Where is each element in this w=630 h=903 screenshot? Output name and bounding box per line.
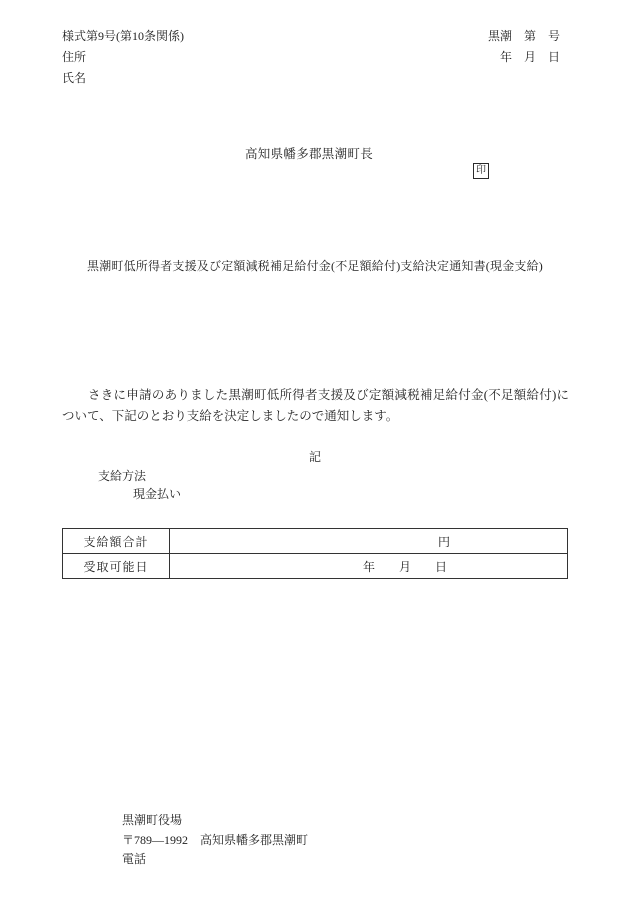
sender-mayor-title: 高知県幡多郡黒潮町長	[245, 144, 373, 162]
document-number: 黒潮 第 号	[488, 26, 560, 47]
seal-mark: 印	[473, 163, 489, 179]
header-left-block: 様式第9号(第10条関係) 住所 氏名	[62, 26, 184, 89]
footer-block: 黒潮町役場 〒789―1992 高知県幡多郡黒潮町 電話	[122, 811, 308, 870]
footer-postal-address: 〒789―1992 高知県幡多郡黒潮町	[122, 831, 308, 851]
table-row: 支給額合計 円	[63, 529, 568, 554]
body-paragraph: さきに申請のありました黒潮町低所得者支援及び定額減税補足給付金(不足額給付)につ…	[62, 385, 569, 426]
receipt-date-label: 受取可能日	[63, 554, 170, 579]
footer-office-name: 黒潮町役場	[122, 811, 308, 831]
document-title: 黒潮町低所得者支援及び定額減税補足給付金(不足額給付)支給決定通知書(現金支給)	[0, 257, 630, 274]
footer-phone-label: 電話	[122, 850, 308, 870]
payment-method-label: 支給方法	[98, 467, 146, 484]
payment-method-value: 現金払い	[133, 485, 181, 502]
header-right-block: 黒潮 第 号 年 月 日	[488, 26, 560, 68]
document-date: 年 月 日	[488, 47, 560, 68]
recipient-name-label: 氏名	[62, 68, 184, 89]
recipient-address-label: 住所	[62, 47, 184, 68]
payment-table: 支給額合計 円 受取可能日 年 月 日	[62, 528, 568, 579]
form-number: 様式第9号(第10条関係)	[62, 26, 184, 47]
amount-total-value: 円	[170, 529, 568, 554]
amount-total-label: 支給額合計	[63, 529, 170, 554]
table-row: 受取可能日 年 月 日	[63, 554, 568, 579]
document-page: 様式第9号(第10条関係) 住所 氏名 黒潮 第 号 年 月 日 高知県幡多郡黒…	[0, 0, 630, 903]
receipt-date-value: 年 月 日	[170, 554, 568, 579]
record-marker: 記	[0, 448, 630, 465]
